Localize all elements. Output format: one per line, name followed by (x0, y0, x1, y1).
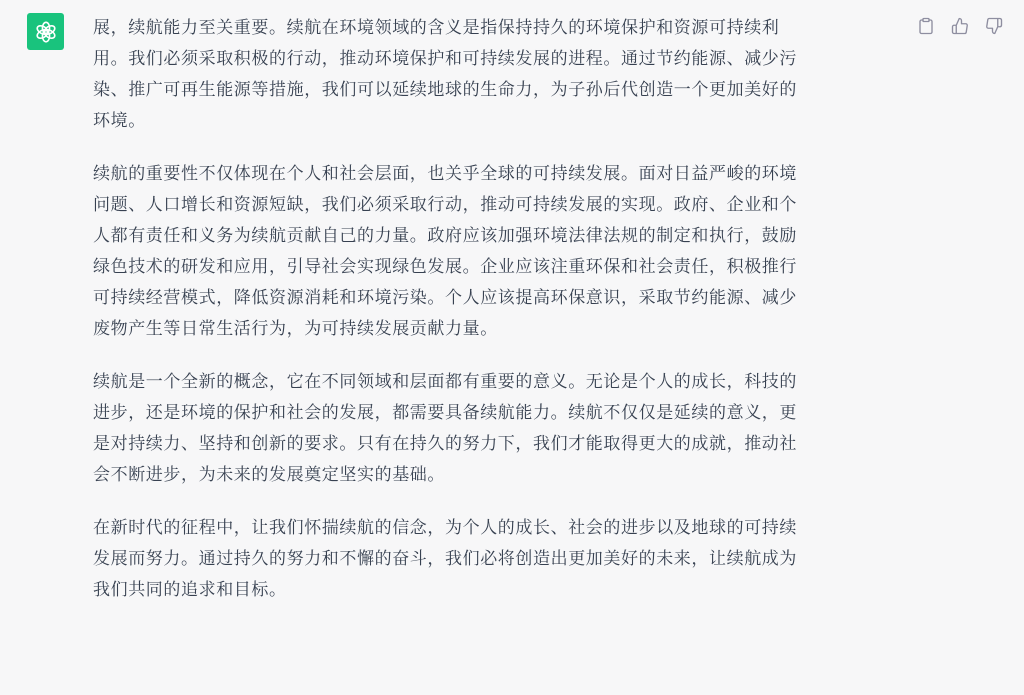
text-line: 人都有责任和义务为续航贡献自己的力量。政府应该加强环境法律法规的制定和执行，鼓励 (93, 221, 893, 252)
thumbs-up-button[interactable] (950, 16, 970, 36)
text-line: 我们共同的追求和目标。 (93, 575, 893, 606)
text-line: 废物产生等日常生活行为，为可持续发展贡献力量。 (93, 314, 893, 345)
assistant-message: 展，续航能力至关重要。续航在环境领域的含义是指保持持久的环境保护和资源可持续利 … (93, 13, 893, 628)
text-line: 进步，还是环境的保护和社会的发展，都需要具备续航能力。续航不仅仅是延续的意义，更 (93, 398, 893, 429)
message-paragraph: 续航的重要性不仅体现在个人和社会层面，也关乎全球的可持续发展。面对日益严峻的环境… (93, 159, 893, 345)
text-line: 会不断进步，为未来的发展奠定坚实的基础。 (93, 460, 893, 491)
copy-button[interactable] (916, 16, 936, 36)
text-line: 染、推广可再生能源等措施，我们可以延续地球的生命力，为子孙后代创造一个更加美好的 (93, 75, 893, 106)
text-line: 续航是一个全新的概念，它在不同领域和层面都有重要的意义。无论是个人的成长，科技的 (93, 367, 893, 398)
thumbs-up-icon (951, 17, 969, 35)
text-line: 是对持续力、坚持和创新的要求。只有在持久的努力下，我们才能取得更大的成就，推动社 (93, 429, 893, 460)
message-paragraph: 展，续航能力至关重要。续航在环境领域的含义是指保持持久的环境保护和资源可持续利 … (93, 13, 893, 137)
message-paragraph: 续航是一个全新的概念，它在不同领域和层面都有重要的意义。无论是个人的成长，科技的… (93, 367, 893, 491)
thumbs-down-button[interactable] (984, 16, 1004, 36)
text-line: 用。我们必须采取积极的行动，推动环境保护和可持续发展的进程。通过节约能源、减少污 (93, 44, 893, 75)
text-line: 续航的重要性不仅体现在个人和社会层面，也关乎全球的可持续发展。面对日益严峻的环境 (93, 159, 893, 190)
clipboard-icon (917, 17, 935, 35)
text-line: 可持续经营模式，降低资源消耗和环境污染。个人应该提高环保意识，采取节约能源、减少 (93, 283, 893, 314)
text-line: 问题、人口增长和资源短缺，我们必须采取行动，推动可持续发展的实现。政府、企业和个 (93, 190, 893, 221)
message-paragraph: 在新时代的征程中，让我们怀揣续航的信念，为个人的成长、社会的进步以及地球的可持续… (93, 513, 893, 606)
text-line: 绿色技术的研发和应用，引导社会实现绿色发展。企业应该注重环保和社会责任，积极推行 (93, 252, 893, 283)
text-line: 在新时代的征程中，让我们怀揣续航的信念，为个人的成长、社会的进步以及地球的可持续 (93, 513, 893, 544)
text-line: 发展而努力。通过持久的努力和不懈的奋斗，我们必将创造出更加美好的未来，让续航成为 (93, 544, 893, 575)
text-line: 环境。 (93, 106, 893, 137)
thumbs-down-icon (985, 17, 1003, 35)
openai-logo-icon (33, 19, 59, 45)
message-actions (916, 16, 1004, 36)
assistant-avatar (27, 13, 64, 50)
text-line: 展，续航能力至关重要。续航在环境领域的含义是指保持持久的环境保护和资源可持续利 (93, 13, 893, 44)
